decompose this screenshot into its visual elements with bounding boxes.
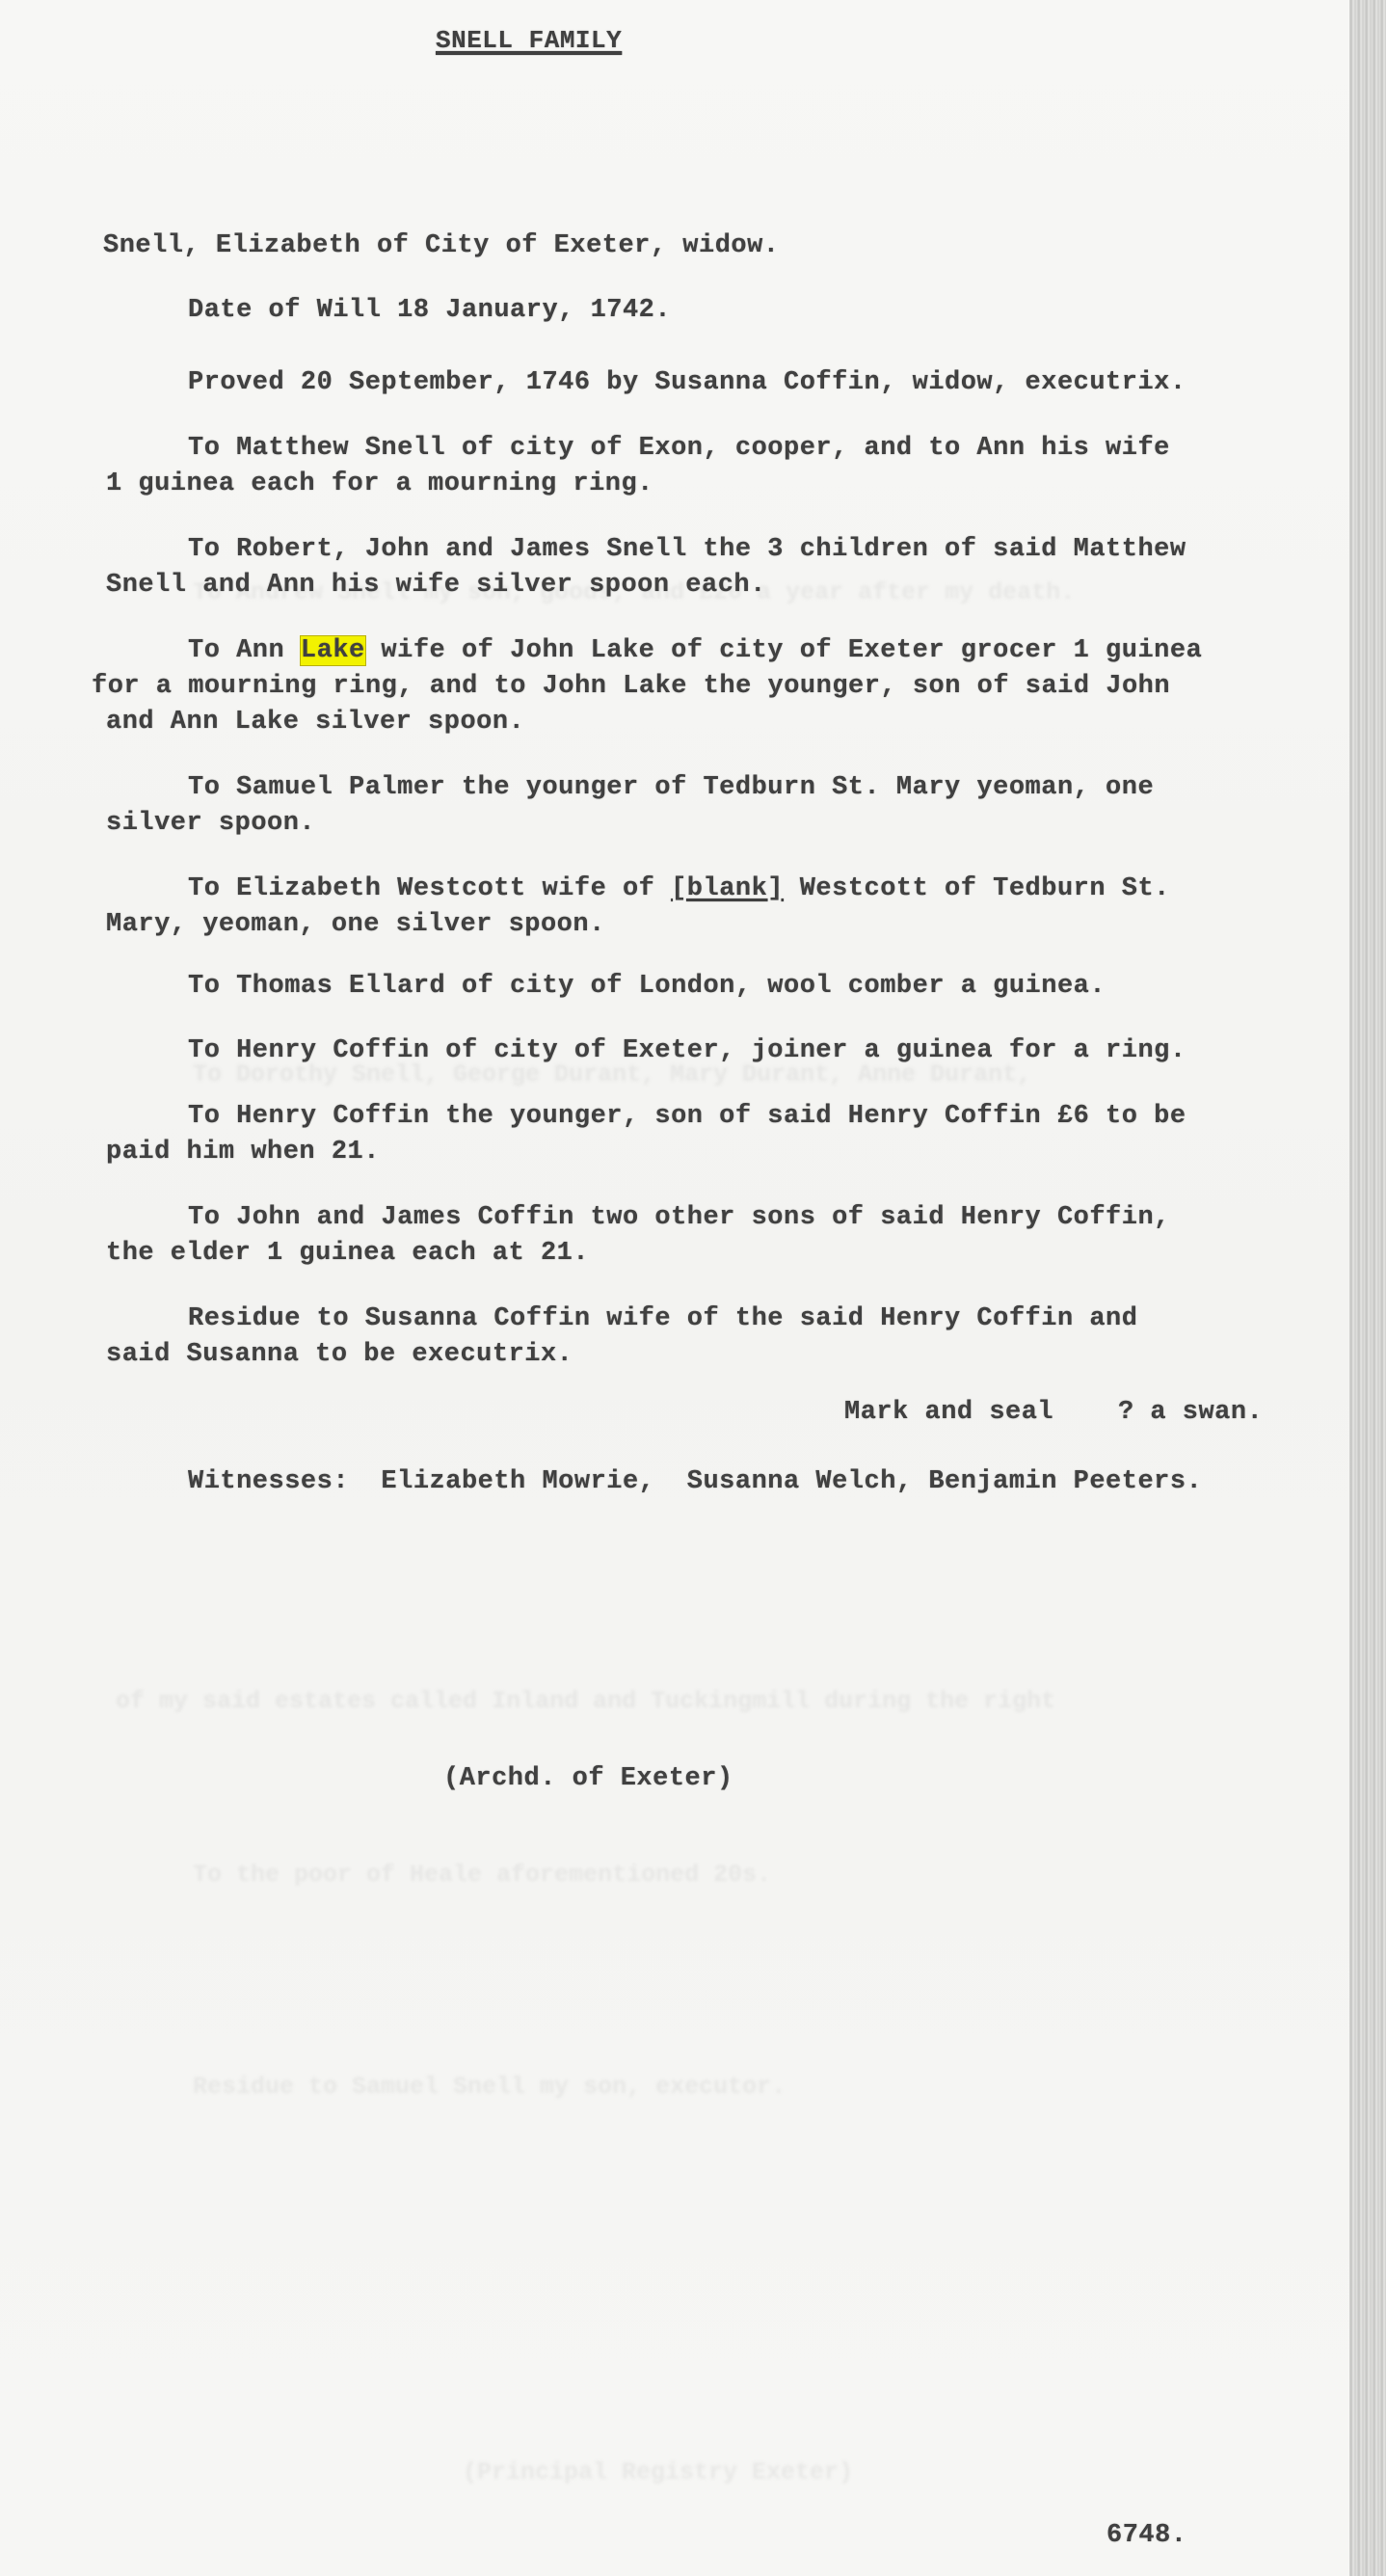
bequest-9-line-1: To John and James Coffin two other sons … xyxy=(188,1203,1170,1232)
bequest-1-line-2: 1 guinea each for a mourning ring. xyxy=(106,470,653,498)
bequest-4-line-2: silver spoon. xyxy=(106,809,315,838)
bequest-5-text: To Elizabeth Westcott wife of xyxy=(188,874,671,903)
bleed-through-text: of my said estates called Inland and Tuc… xyxy=(116,1687,1055,1715)
source-archive: (Archd. of Exeter) xyxy=(443,1764,733,1793)
document-title: SNELL FAMILY xyxy=(436,26,622,55)
bleed-through-text: Residue to Samuel Snell my son, executor… xyxy=(193,2073,786,2101)
bleed-through-text: (Principal Registry Exeter) xyxy=(463,2458,853,2486)
bleed-through-text: To the poor of Heale aforementioned 20s. xyxy=(193,1861,771,1889)
mark-and-seal: Mark and seal ? a swan. xyxy=(844,1398,1263,1427)
probate-line: Proved 20 September, 1746 by Susanna Cof… xyxy=(188,368,1186,397)
bequest-8-line-1: To Henry Coffin the younger, son of said… xyxy=(188,1102,1186,1131)
bequest-8-line-2: paid him when 21. xyxy=(106,1138,380,1167)
bequest-1-line-1: To Matthew Snell of city of Exon, cooper… xyxy=(188,434,1170,463)
bequest-3-text: To Ann xyxy=(188,636,301,665)
residue-line-1: Residue to Susanna Coffin wife of the sa… xyxy=(188,1304,1137,1333)
document-page: To Andrew Snell my son, goods, and £20 a… xyxy=(0,0,1349,2576)
residue-line-2: said Susanna to be executrix. xyxy=(106,1340,573,1369)
testator-heading: Snell, Elizabeth of City of Exeter, wido… xyxy=(103,231,780,260)
bequest-2-line-2: Snell and Ann his wife silver spoon each… xyxy=(106,571,766,600)
bequest-3-text: wife of John Lake of city of Exeter groc… xyxy=(365,636,1203,665)
witnesses: Witnesses: Elizabeth Mowrie, Susanna Wel… xyxy=(188,1467,1202,1496)
bequest-9-line-2: the elder 1 guinea each at 21. xyxy=(106,1239,589,1268)
bequest-5-line-1: To Elizabeth Westcott wife of [blank] We… xyxy=(188,874,1170,903)
bequest-2-line-1: To Robert, John and James Snell the 3 ch… xyxy=(188,535,1186,564)
bequest-5-line-2: Mary, yeoman, one silver spoon. xyxy=(106,910,605,939)
bequest-5-text: Westcott of Tedburn St. xyxy=(784,874,1170,903)
blank-placeholder: [blank] xyxy=(671,874,784,903)
bequest-3-line-1: To Ann Lake wife of John Lake of city of… xyxy=(188,636,1202,665)
bequest-3-line-3: and Ann Lake silver spoon. xyxy=(106,708,524,737)
bequest-4-line-1: To Samuel Palmer the younger of Tedburn … xyxy=(188,773,1154,802)
page-number: 6748. xyxy=(1106,2521,1187,2550)
page-edge-stack xyxy=(1349,0,1386,2576)
bequest-6-line-1: To Thomas Ellard of city of London, wool… xyxy=(188,972,1106,1001)
bequest-3-line-2: for a mourning ring, and to John Lake th… xyxy=(92,672,1170,701)
highlighted-search-match: Lake xyxy=(301,636,365,665)
bequest-7-line-1: To Henry Coffin of city of Exeter, joine… xyxy=(188,1036,1186,1065)
date-of-will: Date of Will 18 January, 1742. xyxy=(188,296,671,325)
